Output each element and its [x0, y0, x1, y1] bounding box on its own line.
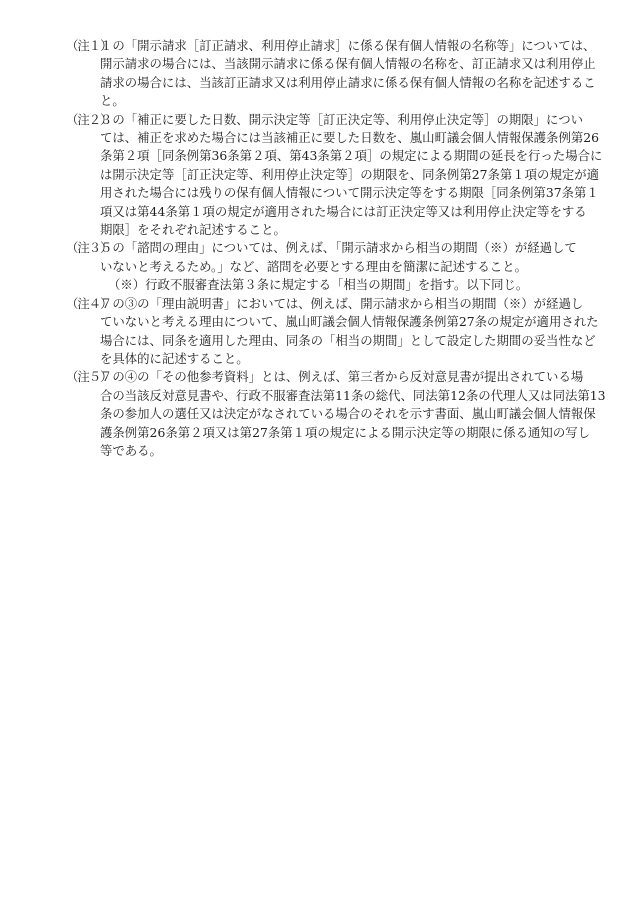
note-line: ７の③の「理由説明書」においては、例えば、開示請求から相当の期間（※）が経過し: [100, 296, 583, 311]
note-line: いないと考えるため。」など、諮問を必要とする理由を簡潔に記述すること。: [66, 258, 586, 276]
note-line: 等である。: [66, 442, 586, 460]
note-1: （注１）１の「開示請求［訂正請求、利用停止請求］に係る保有個人情報の名称等」につ…: [66, 37, 586, 111]
note-line: １の「開示請求［訂正請求、利用停止請求］に係る保有個人情報の名称等」については、: [100, 38, 595, 53]
note-label: （注５）: [66, 368, 100, 386]
note-line: 請求の場合には、当該訂正請求又は利用停止請求に係る保有個人情報の名称を記述するこ: [66, 74, 586, 92]
note-line: ５の「諮問の理由」については、例えば、「開示請求から相当の期間（※）が経過して: [100, 240, 577, 255]
note-line: 条第２項［同条例第36条第２項、第43条第２項］の規定による期間の延長を行った場…: [66, 147, 586, 165]
note-label: （注４）: [66, 295, 100, 313]
note-line: 合の当該反対意見書や、行政不服審査法第11条の総代、同法第12条の代理人又は同法…: [66, 387, 586, 405]
note-line: と。: [66, 92, 586, 110]
note-line: を具体的に記述すること。: [66, 350, 586, 368]
note-5: （注５）７の④の「その他参考資料」とは、例えば、第三者から反対意見書が提出されて…: [66, 368, 586, 460]
note-label: （注１）: [66, 37, 100, 55]
note-line: 場合には、同条を適用した理由、同条の「相当の期間」として設定した期間の妥当性など: [66, 332, 586, 350]
note-line: ３の「補正に要した日数、開示決定等［訂正決定等、利用停止決定等］の期限」につい: [100, 112, 583, 127]
note-line: 項又は第44条第１項の規定が適用された場合には訂正決定等又は利用停止決定等をする: [66, 203, 586, 221]
note-line: ていないと考える理由について、嵐山町議会個人情報保護条例第27条の規定が適用され…: [66, 313, 586, 331]
note-sub-definition: （※）行政不服審査法第３条に規定する「相当の期間」を指す。以下同じ。: [66, 276, 586, 294]
note-3: （注３）５の「諮問の理由」については、例えば、「開示請求から相当の期間（※）が経…: [66, 239, 586, 294]
note-line: 護条例第26条第２項又は第27条第１項の規定による開示決定等の期限に係る通知の写…: [66, 424, 586, 442]
note-4: （注４）７の③の「理由説明書」においては、例えば、開示請求から相当の期間（※）が…: [66, 295, 586, 369]
notes-document: （注１）１の「開示請求［訂正請求、利用停止請求］に係る保有個人情報の名称等」につ…: [66, 37, 586, 460]
note-line: ては、補正を求めた場合には当該補正に要した日数を、嵐山町議会個人情報保護条例第2…: [66, 129, 586, 147]
note-line: は開示決定等［訂正決定等、利用停止決定等］の期限を、同条例第27条第１項の規定が…: [66, 166, 586, 184]
note-line: 条の参加人の選任又は決定がなされている場合のそれを示す書面、嵐山町議会個人情報保: [66, 405, 586, 423]
note-line: ７の④の「その他参考資料」とは、例えば、第三者から反対意見書が提出されている場: [100, 369, 583, 384]
note-line: 開示請求の場合には、当該開示請求に係る保有個人情報の名称を、訂正請求又は利用停止: [66, 55, 586, 73]
note-label: （注２）: [66, 111, 100, 129]
note-2: （注２）３の「補正に要した日数、開示決定等［訂正決定等、利用停止決定等］の期限」…: [66, 111, 586, 240]
note-line: 期限］をそれぞれ記述すること。: [66, 221, 586, 239]
note-line: 用された場合には残りの保有個人情報について開示決定等をする期限［同条例第37条第…: [66, 184, 586, 202]
note-label: （注３）: [66, 239, 100, 257]
